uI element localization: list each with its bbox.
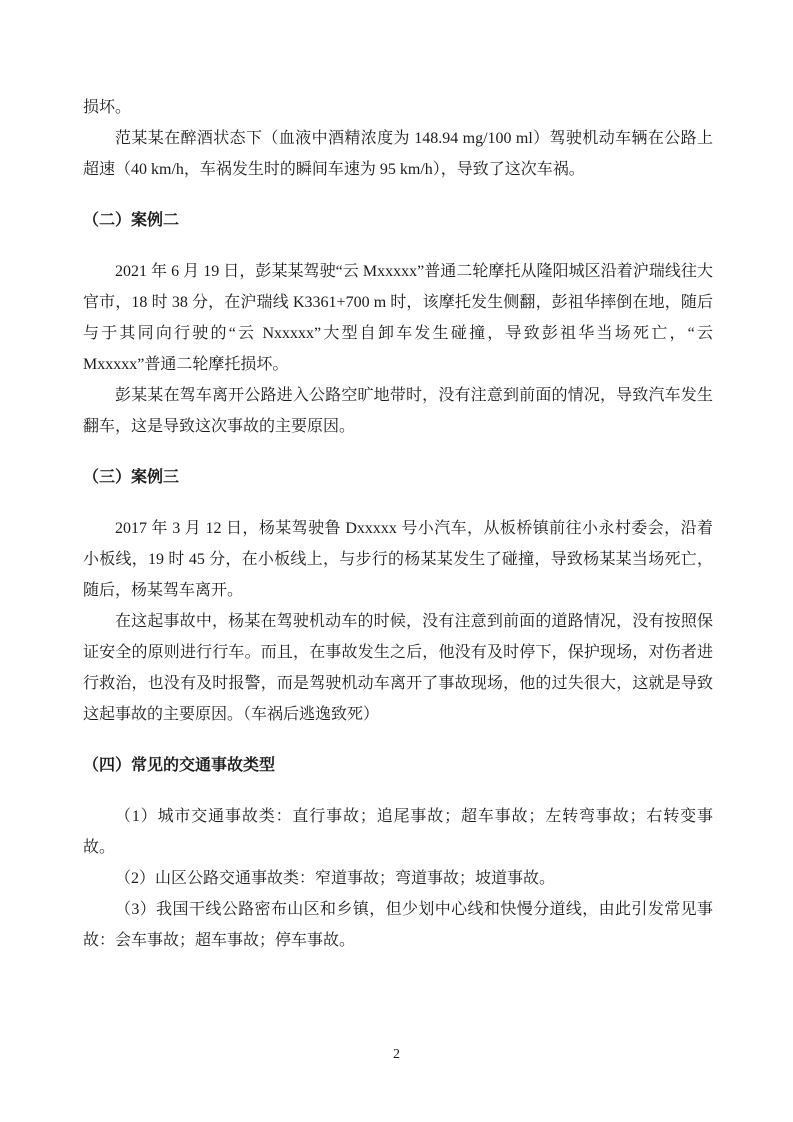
paragraph-case2-facts: 2021 年 6 月 19 日，彭某某驾驶“云 Mxxxxx”普通二轮摩托从隆阳… <box>83 256 713 380</box>
page-content: 损坏。 范某某在醉酒状态下（血液中酒精浓度为 148.94 mg/100 ml）… <box>83 92 713 956</box>
paragraph-continuation: 损坏。 <box>83 92 713 123</box>
section-heading-case2: （二）案例二 <box>83 205 713 236</box>
paragraph-case3-facts: 2017 年 3 月 12 日，杨某驾驶鲁 Dxxxxx 号小汽车，从板桥镇前往… <box>83 513 713 606</box>
page-number: 2 <box>0 1046 793 1064</box>
paragraph-accident-type-3: （3）我国干线公路密布山区和乡镇，但少划中心线和快慢分道线，由此引发常见事故：会… <box>83 894 713 956</box>
paragraph-accident-type-1: （1）城市交通事故类：直行事故；追尾事故；超车事故；左转弯事故；右转变事故。 <box>83 801 713 863</box>
section-heading-accident-types: （四）常见的交通事故类型 <box>83 750 713 781</box>
paragraph-case3-analysis: 在这起事故中，杨某在驾驶机动车的时候，没有注意到前面的道路情况，没有按照保证安全… <box>83 606 713 730</box>
document-page: 损坏。 范某某在醉酒状态下（血液中酒精浓度为 148.94 mg/100 ml）… <box>0 0 793 1122</box>
paragraph-accident-type-2: （2）山区公路交通事故类：窄道事故；弯道事故；坡道事故。 <box>83 863 713 894</box>
paragraph-case1-analysis: 范某某在醉酒状态下（血液中酒精浓度为 148.94 mg/100 ml）驾驶机动… <box>83 123 713 185</box>
paragraph-case2-analysis: 彭某某在驾车离开公路进入公路空旷地带时，没有注意到前面的情况，导致汽车发生翻车，… <box>83 380 713 442</box>
section-heading-case3: （三）案例三 <box>83 462 713 493</box>
